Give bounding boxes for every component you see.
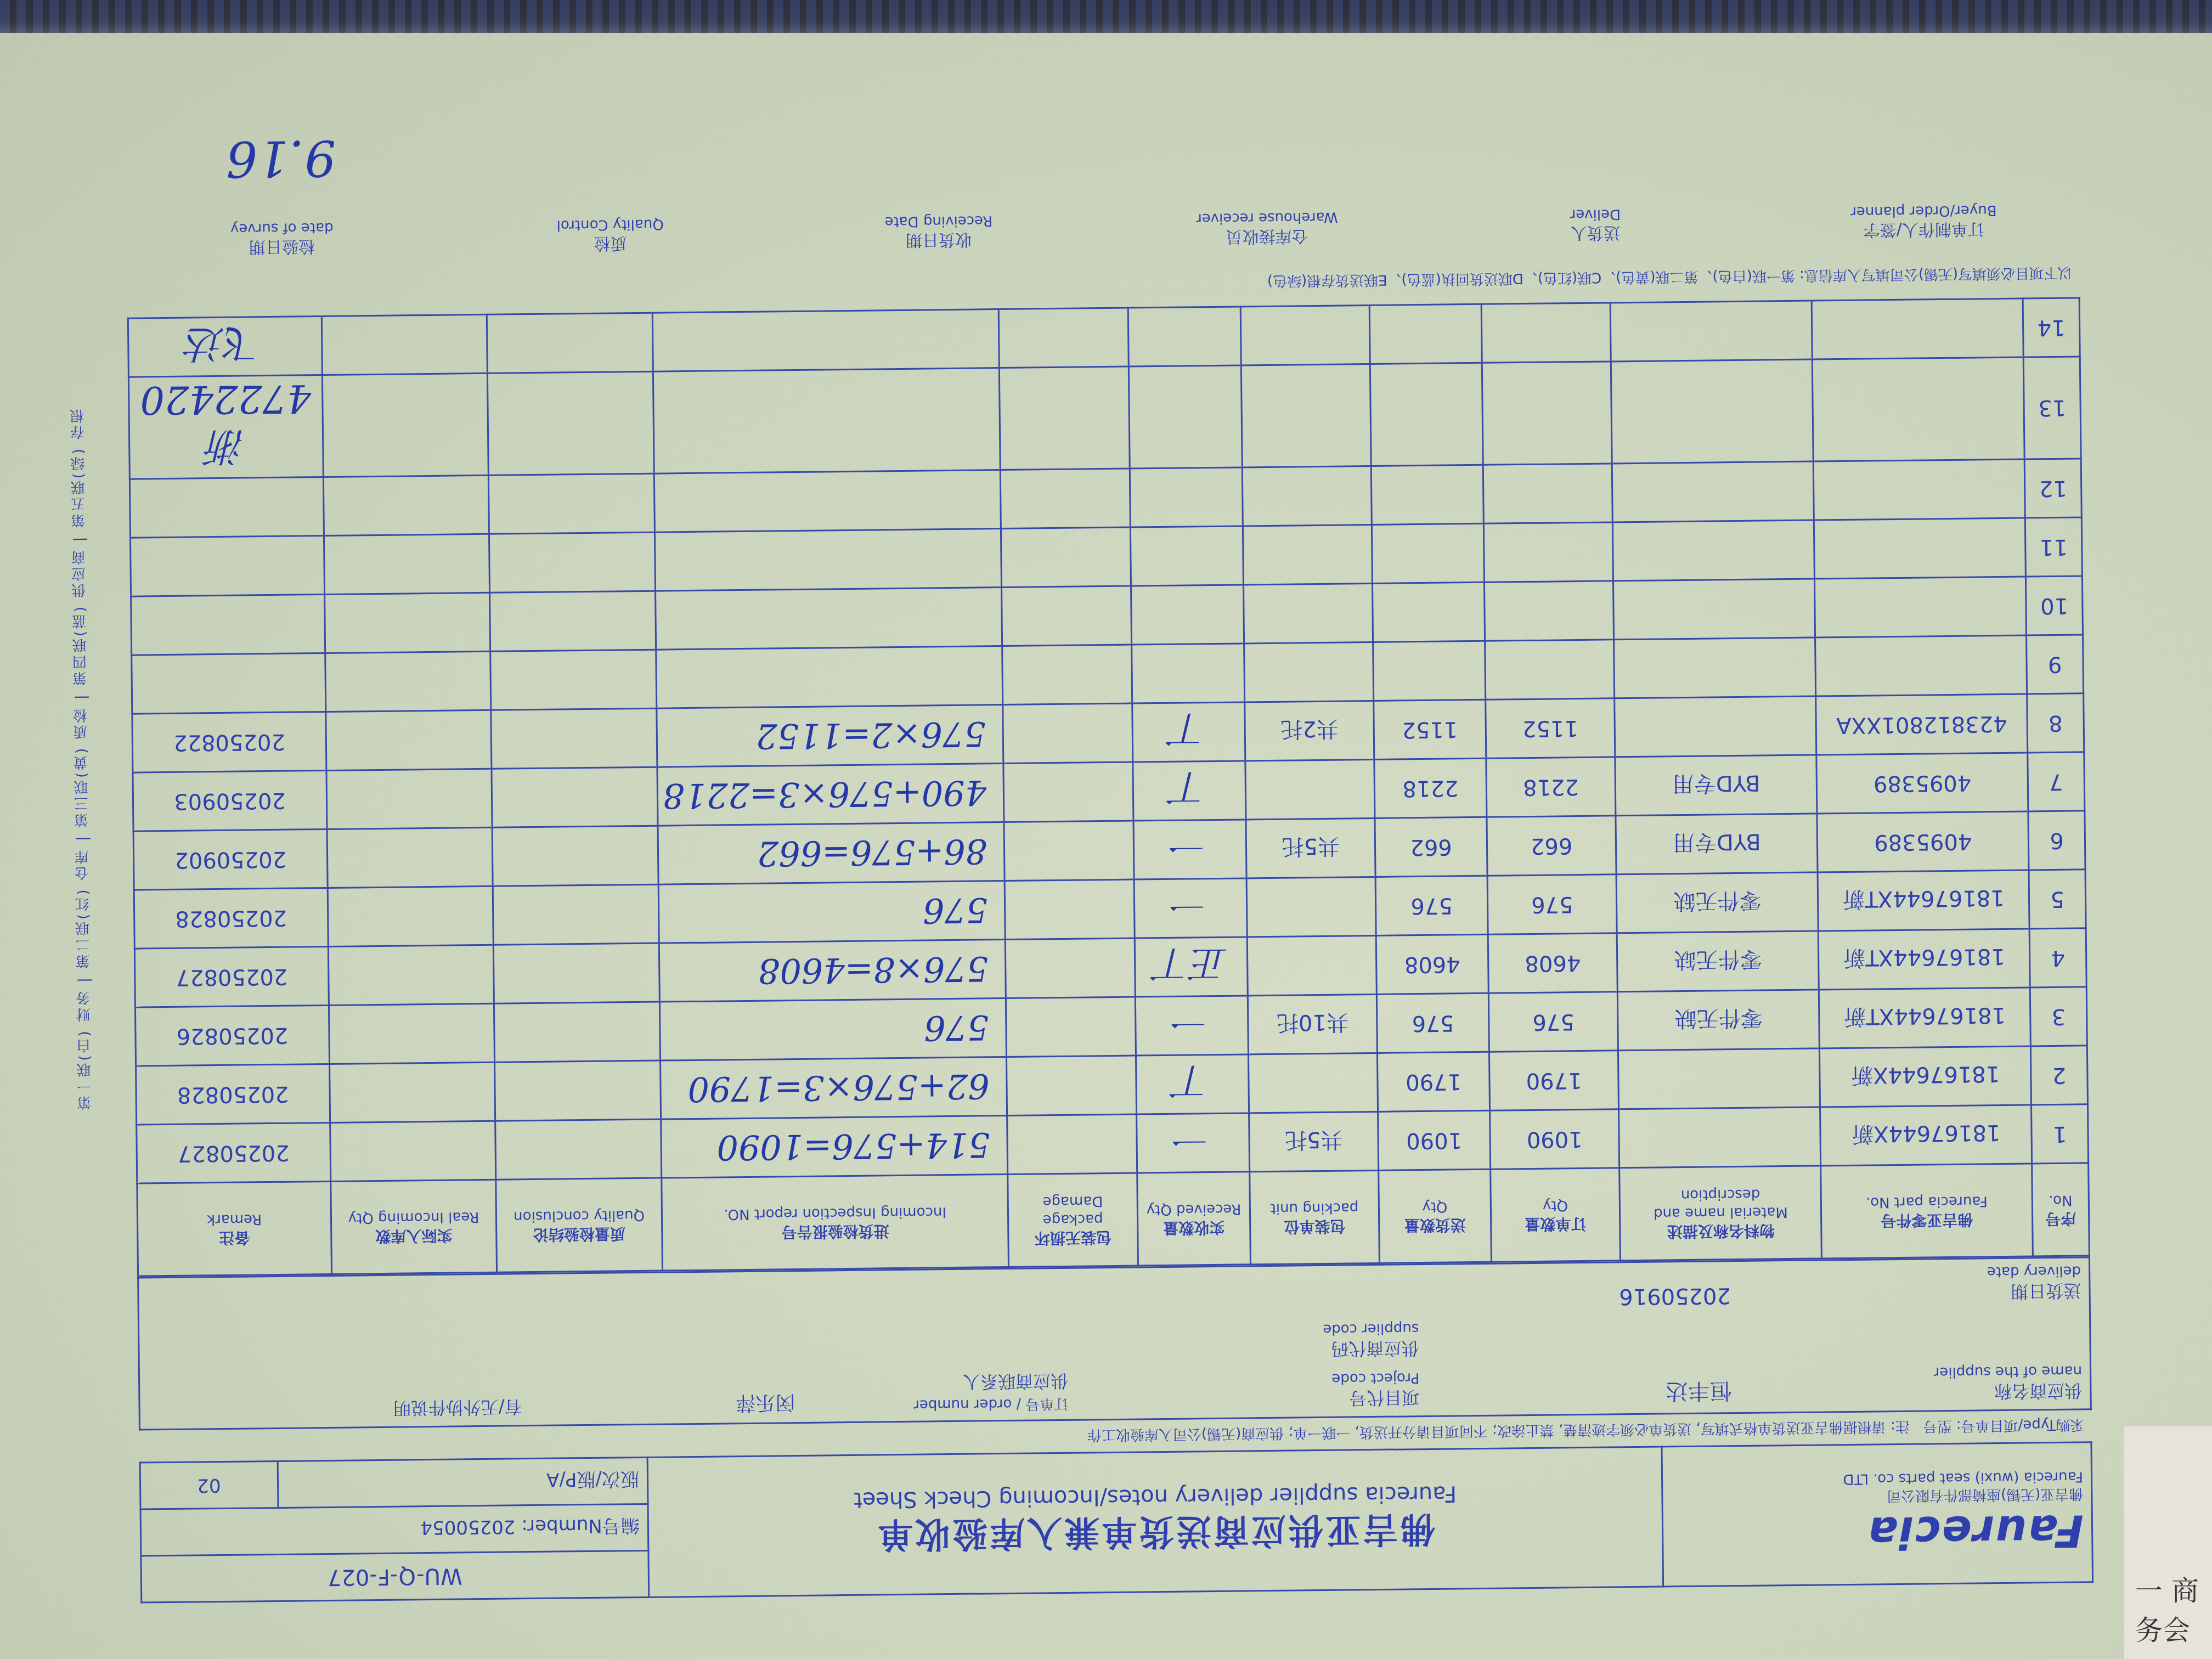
packing-unit-cell [1244,642,1374,702]
company-block: Faurecia 佛吉亚(无锡)座椅部件有限公司 Faurecia (wuxi)… [1662,1442,2092,1587]
real-incoming-qty-cell [327,827,493,888]
order-qty-cell [1484,581,1614,641]
order-qty-cell: 576 [1487,874,1617,934]
received-qty-cell: 丅 [1132,702,1245,762]
faurecia-logo: Faurecia [1671,1505,2084,1560]
col-order-qty: 订单数量Qty [1491,1168,1621,1262]
real-incoming-qty-cell [328,886,493,946]
received-qty-cell [1132,644,1245,703]
packing-unit-cell [1243,524,1372,584]
signature-values: 9.16 [125,91,2079,188]
remark-cell: 20250822 [132,712,326,772]
package-damage-cell [1003,762,1133,822]
delivery-date-label-en: delivery date [1746,1262,2081,1282]
items-table: 序号No. 佛吉亚零件号Faurecia part No. 物料名称及描述Mat… [127,297,2090,1277]
inspection-report-cell: 86+576=662 [658,822,1005,885]
order-qty-cell: 1790 [1489,1051,1619,1110]
packing-unit-cell: 共10托 [1248,994,1377,1054]
remark-cell: 20250903 [133,770,327,831]
packing-unit-cell [1245,759,1375,819]
packing-unit-cell [1246,877,1376,936]
delivery-check-form: Faurecia 佛吉亚(无锡)座椅部件有限公司 Faurecia (wuxi)… [125,91,2093,1603]
part-number-cell: 18167644XT新 [1818,929,2030,990]
delivery-qty-cell [1373,641,1486,701]
quality-conclusion-cell [494,1002,661,1062]
form-number-value: 20250054 [420,1516,515,1539]
part-number-cell: 18167644X新 [1820,1105,2032,1166]
delivery-qty-cell [1373,582,1485,642]
received-qty-cell: 正丅 [1135,937,1248,997]
quality-conclusion-cell [494,1060,661,1121]
col-package-damage: 包装无损坏package Damage [1008,1173,1138,1267]
package-damage-cell [1002,645,1132,704]
supplier-info: 供应商名称 name of the supplier 恒丰达 项目代号 Proj… [137,1256,2092,1430]
remark-cell: 浙4722420 [128,375,323,479]
sig-receiving-date: 收货日期Receiving Date [805,212,1073,255]
row-number-cell: 10 [2026,576,2083,635]
real-incoming-qty-cell [328,945,494,1005]
package-damage-cell [1005,879,1135,939]
delivery-qty-cell: 1090 [1378,1110,1491,1170]
inspection-report-cell: 576 [659,881,1006,944]
quality-conclusion-cell [492,826,659,886]
order-qty-cell: 1090 [1489,1109,1620,1169]
part-number-cell: 4095389 [1816,753,2028,814]
real-incoming-qty-cell [326,769,492,829]
real-incoming-qty-cell [325,651,491,712]
package-damage-cell [1006,997,1136,1057]
inspection-report-cell [653,368,1001,474]
delivery-qty-cell: 576 [1377,993,1489,1053]
real-incoming-qty-cell [330,1062,495,1122]
part-number-cell [1812,298,2023,359]
inspection-report-cell: 576 [660,998,1007,1060]
part-number-cell: 18167644XT新 [1819,988,2031,1048]
order-qty-cell: 662 [1487,816,1617,876]
remark-cell [131,594,325,655]
row-number-cell: 3 [2030,987,2087,1046]
packing-unit-cell [1241,364,1371,467]
sig-buyer: 订单制作人/签字Buyer/Order planner [1790,201,2058,245]
delivery-date-value: 20250916 [1426,1261,1739,1316]
received-qty-cell [1130,526,1243,586]
packing-unit-cell [1240,305,1370,365]
package-damage-cell [1005,938,1135,998]
packing-unit-cell: 共2托 [1245,701,1374,760]
remark-cell [132,653,326,714]
sig-survey-date: 检验日期date of survey [148,218,416,262]
package-damage-cell [999,366,1130,470]
col-received-qty: 实收数量Received Qty [1137,1172,1251,1266]
quality-conclusion-cell [490,650,657,710]
description-cell [1619,1107,1821,1168]
part-number-cell [1813,357,2025,461]
row-number-cell: 8 [2027,693,2084,753]
order-qty-cell [1483,522,1613,582]
remark-cell: 20250827 [137,1122,331,1183]
delivery-qty-cell [1370,363,1483,466]
signature-labels: 订单制作人/签字Buyer/Order planner 送货人Deliver 仓… [126,201,2080,262]
delivery-qty-cell: 2218 [1374,758,1487,818]
instruction-note: 注: 请根据佛吉亚送货单格式填写, 送货单必须字迹清楚, 禁止涂改; 不同项目请… [1087,1418,1910,1443]
form-code: WU-Q-F-027 [141,1550,649,1602]
real-incoming-qty-cell [330,1121,496,1181]
col-remark: 备注Remark [137,1181,332,1276]
version-label: 版次/版P/A [278,1457,648,1508]
real-incoming-qty-cell [329,1003,495,1064]
packing-unit-cell: 共5托 [1249,1111,1379,1171]
type-note: 采购Type/项目单号: 型号 [1923,1416,2084,1434]
row-number-cell: 11 [2025,517,2082,577]
adjacent-paper: 一 商务会 [2124,1426,2212,1659]
supplier-name-value: 恒丰达 [1426,1312,1740,1416]
remark-cell [129,477,324,538]
received-qty-cell: 一 [1134,878,1247,938]
row-number-cell: 6 [2028,811,2085,870]
row-number-cell: 1 [2032,1104,2089,1164]
order-qty-cell [1485,640,1615,699]
real-incoming-qty-cell [321,314,487,375]
row-number-cell: 9 [2027,635,2084,694]
description-cell [1615,696,1816,757]
package-damage-cell [1000,469,1130,528]
contact-value: 闵乐萍 [529,1322,803,1426]
received-qty-cell [1131,585,1244,645]
part-number-cell: 4095389 [1817,811,2029,872]
real-incoming-qty-cell [326,710,492,770]
quality-conclusion-cell [493,943,660,1003]
col-packing-unit: 包装单位packing unit [1250,1170,1380,1264]
part-number-cell: 18167644XT新 [1818,870,2029,931]
quality-conclusion-cell [488,473,655,534]
delivery-qty-cell: 1790 [1378,1052,1490,1111]
col-part-no: 佛吉亚零件号Faurecia part No. [1821,1164,2033,1259]
packing-unit-cell: 共5托 [1246,818,1375,878]
order-qty-cell: 1152 [1486,698,1616,758]
received-qty-cell: 一 [1133,820,1246,879]
col-description: 物料名称及描述Material name and description [1620,1166,1822,1261]
package-damage-cell [1002,586,1132,646]
real-incoming-qty-cell [323,373,489,477]
description-cell: BYD专用 [1615,755,1817,816]
form-header: Faurecia 佛吉亚(无锡)座椅部件有限公司 Faurecia (wuxi)… [139,1441,2094,1603]
received-qty-cell: 丅 [1136,1054,1249,1114]
table-body: 118167644X新10901090共5托一514+576=109020250… [128,298,2088,1183]
order-qty-cell: 4608 [1488,933,1618,993]
inspection-report-cell [656,646,1003,709]
quality-conclusion-cell [491,708,658,769]
outsourcing-note: 有/无外协件说明 [139,1325,530,1430]
order-qty-cell [1481,303,1611,363]
row-number-cell: 13 [2023,357,2081,459]
received-qty-cell [1130,467,1243,527]
sig-buyer-value [1789,92,2057,171]
remark-cell: 20250902 [133,829,328,890]
delivery-qty-cell: 662 [1375,817,1487,877]
supplier-code-label: 供应商代码 [1083,1336,1419,1365]
delivery-qty-cell [1372,523,1485,583]
package-damage-cell [1001,527,1131,587]
delivery-qty-cell: 4608 [1376,934,1488,994]
description-cell: 零件无缺 [1617,931,1819,992]
description-cell: 零件无缺 [1616,872,1818,933]
adjacent-paper-text: 一 商务会 [2124,1558,2212,1659]
inspection-report-cell [656,588,1002,650]
description-cell [1613,579,1815,640]
description-cell [1611,359,1814,464]
col-quality-conclusion: 质量检验结论Quality conclusion [496,1178,663,1272]
inspection-report-cell: 514+576=1090 [661,1115,1008,1178]
order-qty-cell [1482,362,1612,465]
remark-cell: 20250827 [134,946,329,1007]
package-damage-cell [998,308,1128,368]
row-number-cell: 4 [2029,928,2086,988]
description-cell: 零件无缺 [1618,990,1820,1051]
received-qty-cell [1128,307,1241,366]
sig-warehouse: 仓库接收员Warehouse receiver [1133,208,1401,251]
form-number-label: 编号Number: [521,1515,640,1538]
received-qty-cell: 一 [1137,1113,1250,1173]
quality-conclusion-cell [492,767,658,827]
copy-distribution-note: 第一联(白) 财务 | 第二联(红) 仓库 | 第三联(黄) 质检 | 第四联(… [67,407,108,1110]
real-incoming-qty-cell [324,534,490,594]
description-cell [1618,1048,1820,1109]
delivery-qty-cell: 1152 [1374,699,1486,759]
packing-unit-cell [1242,466,1372,526]
row-number-cell: 12 [2024,459,2081,518]
package-damage-cell [1004,821,1134,881]
description-cell [1611,301,1813,362]
sig-quality: 质检Quality Control [476,215,744,258]
col-inspection-report: 进货检验报告号Incoming Inspection report NO. [662,1174,1009,1271]
inspection-report-cell [653,309,1000,372]
description-cell: BYD专用 [1616,814,1818,874]
col-delivery-qty: 送货数量Qty [1379,1169,1491,1263]
supplier-code-label-en: supplier code [1083,1320,1419,1340]
order-qty-cell: 2218 [1486,757,1616,817]
form-title-cn: 佛吉亚供应商送货单兼入库验收单 [657,1504,1655,1565]
sig-warehouse-value [1132,98,1400,178]
order-qty-cell [1483,464,1613,523]
remark-cell: 20250828 [136,1064,330,1125]
order-number-label: 订单号 / order number [810,1395,1068,1418]
delivery-qty-cell: 576 [1375,876,1488,935]
part-number-cell: 423812801XXA [1816,694,2028,755]
delivery-qty-cell [1369,304,1482,364]
inspection-report-cell [655,529,1002,591]
col-no: 序号No. [2032,1163,2090,1256]
delivery-qty-cell [1371,465,1483,524]
quality-conclusion-cell [493,884,659,945]
packing-unit-cell [1247,935,1376,995]
inspection-report-cell: 490+576×3=2218 [657,764,1004,826]
document-sheet: Faurecia 佛吉亚(无锡)座椅部件有限公司 Faurecia (wuxi)… [0,33,2212,1659]
package-damage-cell [1007,1056,1137,1115]
part-number-cell [1815,577,2027,637]
inspection-report-cell: 62+576×3=1790 [661,1057,1007,1119]
col-real-incoming-qty: 实际入库数Real Incoming Qty [331,1180,496,1274]
remark-cell [130,535,324,596]
order-qty-cell: 576 [1488,992,1618,1052]
description-cell [1612,461,1814,522]
row-number-cell: 7 [2028,752,2085,811]
received-qty-cell: 丅 [1133,761,1246,821]
description-cell [1614,637,1816,698]
package-damage-cell [1003,703,1133,763]
real-incoming-qty-cell [324,475,489,535]
row-number-cell: 14 [2023,298,2080,357]
contact-label: 供应商联系人 [810,1369,1068,1397]
part-number-cell [1814,459,2025,520]
package-damage-cell [1007,1114,1137,1174]
project-code-label: 项目代号 [1084,1386,1420,1414]
quality-conclusion-cell [487,313,653,373]
delivery-date-label: 送货日期 [1746,1279,2081,1307]
part-number-cell [1814,518,2026,579]
inspection-report-cell: 576×8=4608 [659,939,1006,1002]
part-number-cell: 18167644X新 [1820,1046,2032,1107]
sig-quality-value [475,105,743,185]
packing-unit-cell [1249,1053,1378,1113]
project-code-label-en: Project code [1084,1369,1420,1389]
title-block: 佛吉亚供应商送货单兼入库验收单 Faurecia supplier delive… [647,1447,1663,1597]
quality-conclusion-cell [487,371,654,475]
remark-cell: 20250828 [134,888,328,949]
supplier-name-label: 供应商名称 [1747,1379,2083,1407]
description-cell [1613,520,1815,581]
inspection-report-cell: 576×2=1152 [657,705,1003,768]
remark-cell: 20250826 [135,1005,329,1066]
received-qty-cell [1128,365,1242,469]
quality-conclusion-cell [489,532,656,592]
row-number-cell: 5 [2029,870,2086,929]
supplier-name-label-en: name of the supplier [1747,1362,2082,1382]
row-number-cell: 2 [2031,1046,2088,1105]
company-name-cn: 佛吉亚(无锡)座椅部件有限公司 [1671,1485,2084,1509]
form-number: 编号Number: 20250054 [140,1504,648,1556]
packing-unit-cell [1244,583,1373,643]
inspection-report-cell [654,470,1001,533]
real-incoming-qty-cell [325,592,490,653]
quality-conclusion-cell [495,1119,662,1180]
version-value: 02 [140,1461,278,1509]
sig-deliver-value [1460,95,1729,174]
sig-receiving-date-value [804,102,1072,182]
part-number-cell [1815,635,2027,696]
received-qty-cell: 一 [1135,996,1248,1056]
quality-conclusion-cell [489,591,656,651]
table-row: 13浙4722420 [128,357,2081,479]
sig-survey-date-value: 9.16 [147,109,415,188]
remark-cell: 飞达 [128,316,322,377]
sig-deliver: 送货人Deliver [1462,205,1729,248]
